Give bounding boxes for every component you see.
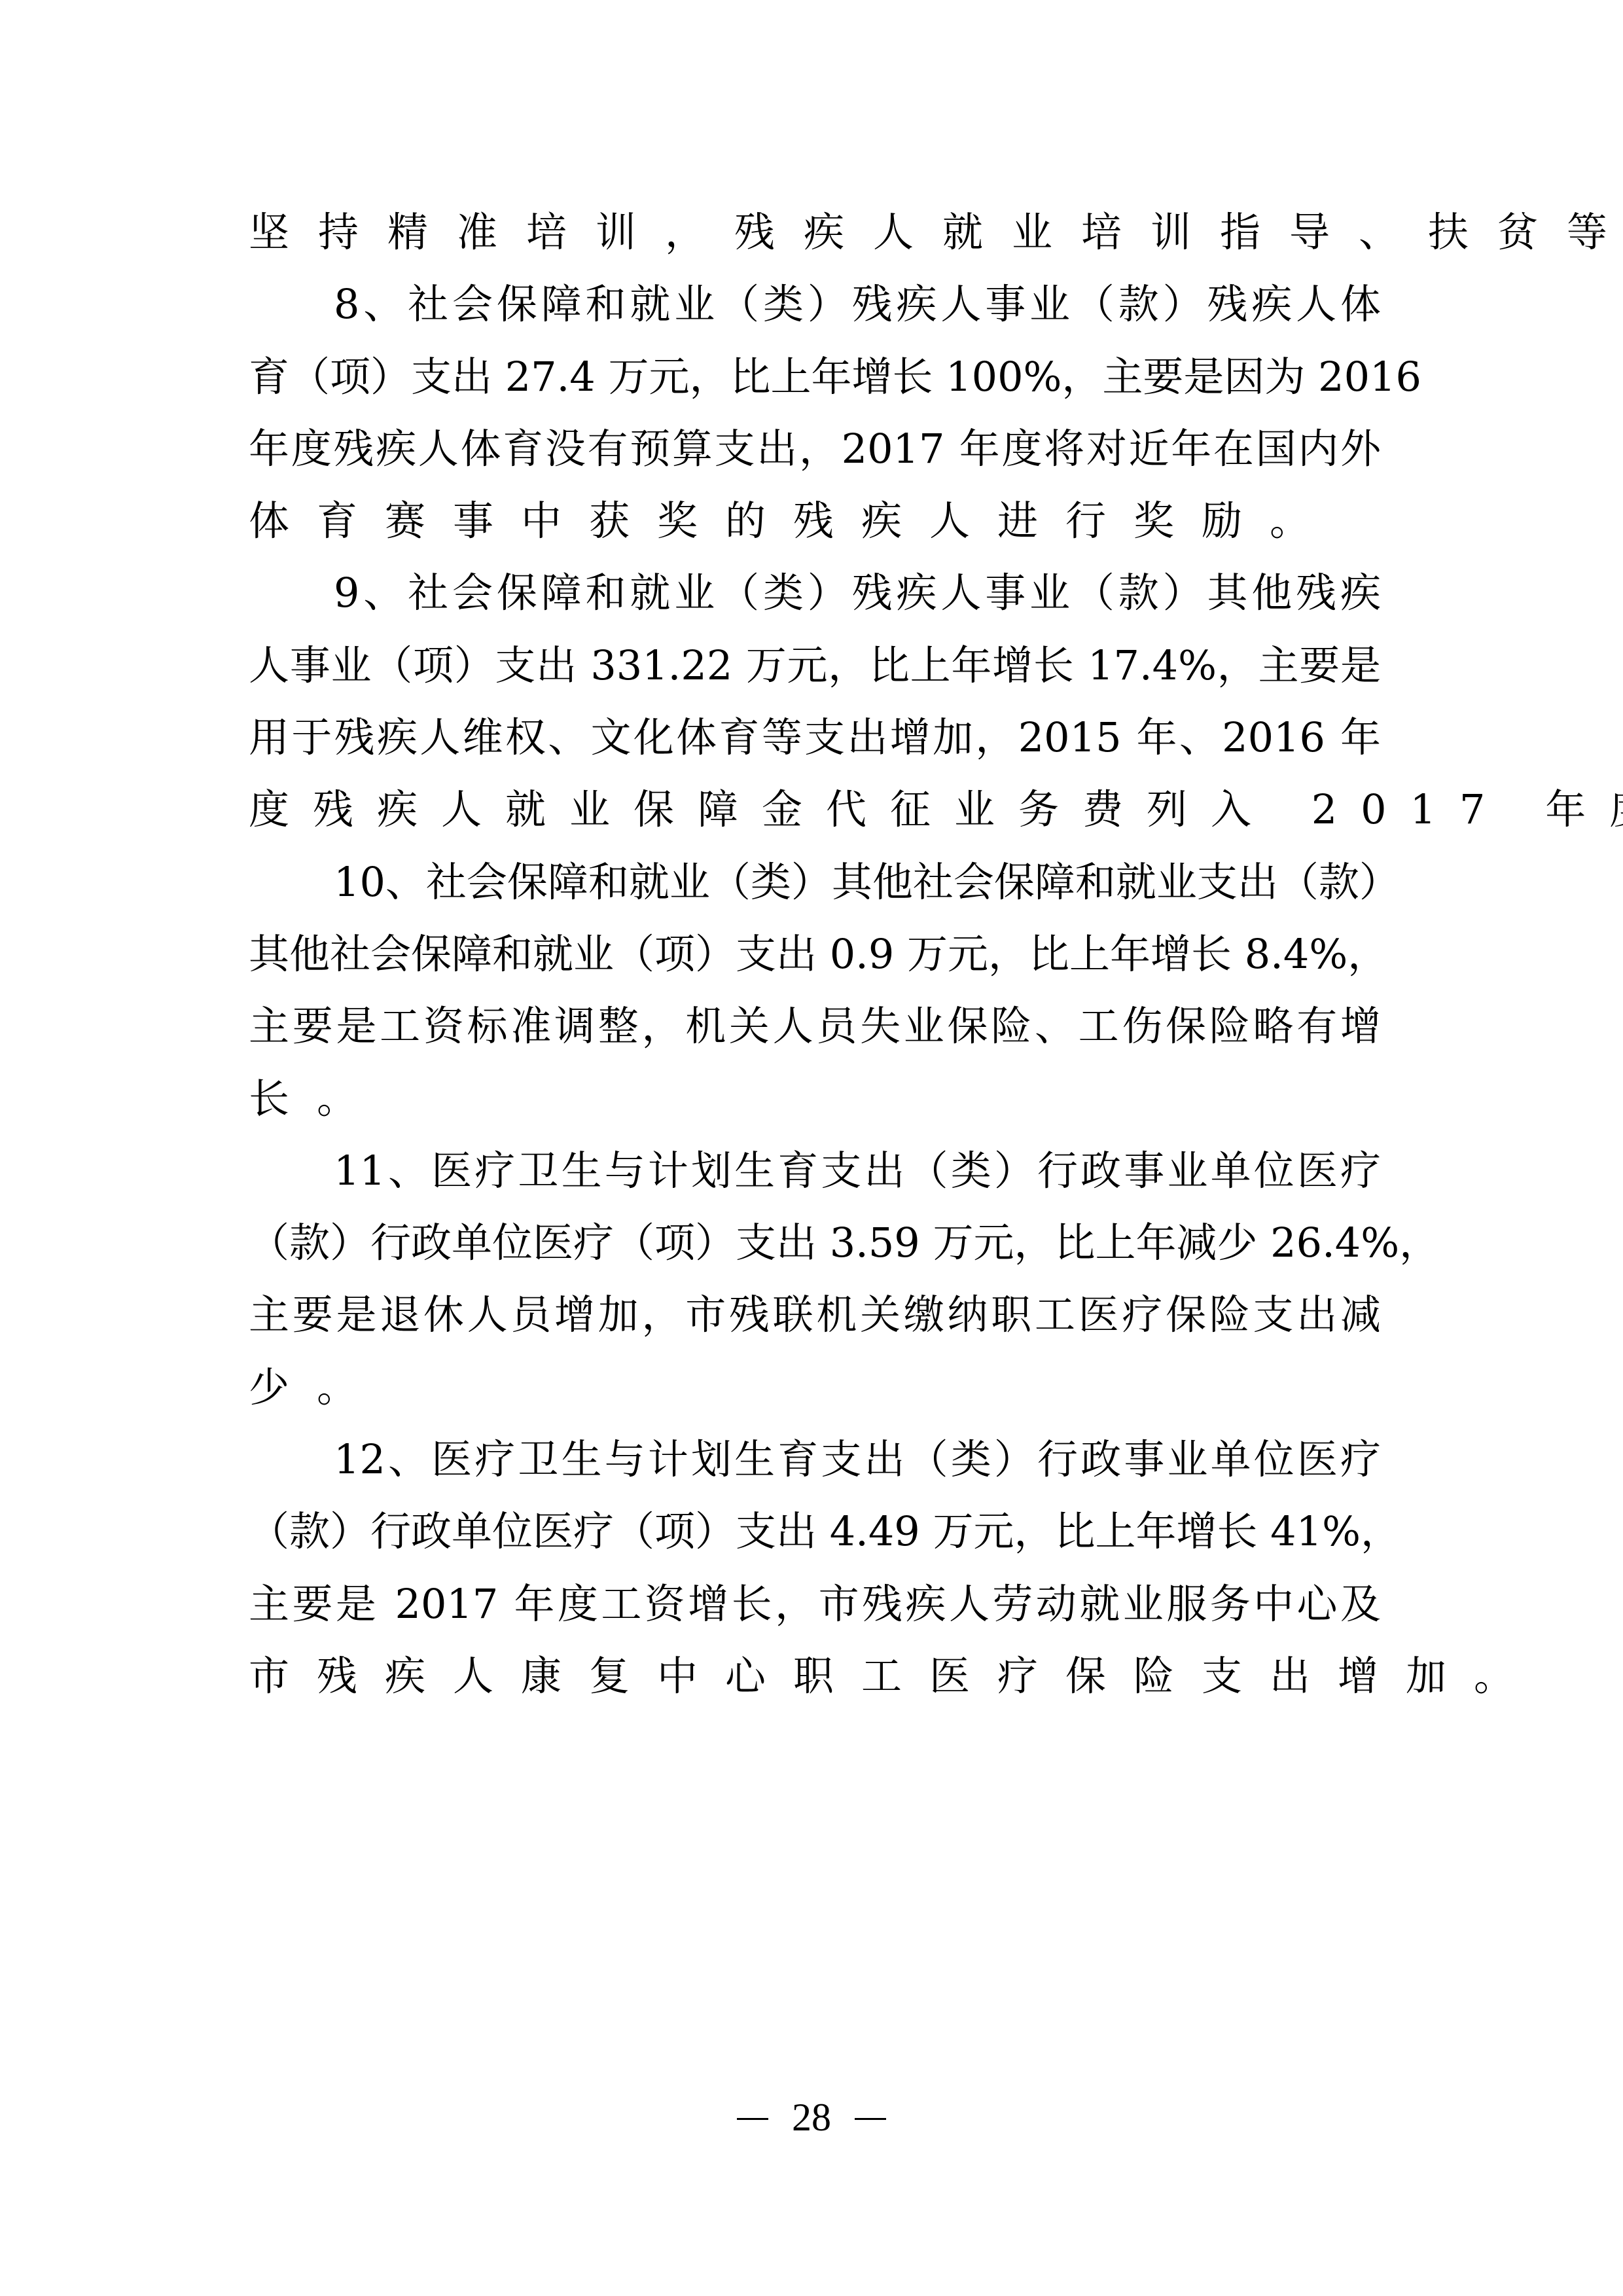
paragraph-11: 11、医疗卫生与计划生育支出（类）行政事业单位医疗 （款）行政单位医疗（项）支出… (249, 1135, 1381, 1424)
text-line: 其他社会保障和就业（项）支出 0.9 万元，比上年增长 8.4%， (249, 918, 1381, 990)
em-dash-left (737, 2118, 768, 2120)
text-line: 主要是工资标准调整，机关人员失业保险、工伤保险略有增 (249, 990, 1381, 1062)
paragraph-8: 8、社会保障和就业（类）残疾人事业（款）残疾人体 育（项）支出 27.4 万元，… (249, 268, 1381, 557)
text-line: 8、社会保障和就业（类）残疾人事业（款）残疾人体 (249, 268, 1381, 340)
page-number: 28 (792, 2096, 831, 2139)
text-line: 主要是退休人员增加，市残联机关缴纳职工医疗保险支出减 (249, 1279, 1381, 1351)
paragraph-7-tail: 坚持精准培训，残疾人就业培训指导、扶贫等支出略微降低。 (249, 196, 1381, 268)
text-line: （款）行政单位医疗（项）支出 3.59 万元，比上年减少 26.4%， (249, 1207, 1381, 1279)
text-line: 度残疾人就业保障金代征业务费列入 2017 年度预算。 (249, 774, 1381, 846)
text-line: 10、社会保障和就业（类）其他社会保障和就业支出（款） (249, 846, 1381, 918)
text-line: 年度残疾人体育没有预算支出，2017 年度将对近年在国内外 (249, 413, 1381, 485)
text-line: 9、社会保障和就业（类）残疾人事业（款）其他残疾 (249, 557, 1381, 629)
body-text: 坚持精准培训，残疾人就业培训指导、扶贫等支出略微降低。 8、社会保障和就业（类）… (249, 196, 1381, 1712)
text-line: 用于残疾人维权、文化体育等支出增加，2015 年、2016 年 (249, 702, 1381, 774)
text-line: 体育赛事中获奖的残疾人进行奖励。 (249, 485, 1381, 557)
page-footer: 28 (0, 2091, 1623, 2144)
em-dash-right (855, 2118, 886, 2120)
text-line: 少。 (249, 1352, 1381, 1424)
text-line: 市残疾人康复中心职工医疗保险支出增加。 (249, 1640, 1381, 1712)
paragraph-12: 12、医疗卫生与计划生育支出（类）行政事业单位医疗 （款）行政单位医疗（项）支出… (249, 1424, 1381, 1712)
document-page: 坚持精准培训，残疾人就业培训指导、扶贫等支出略微降低。 8、社会保障和就业（类）… (0, 0, 1623, 2296)
paragraph-9: 9、社会保障和就业（类）残疾人事业（款）其他残疾 人事业（项）支出 331.22… (249, 557, 1381, 846)
text-line: 12、医疗卫生与计划生育支出（类）行政事业单位医疗 (249, 1424, 1381, 1496)
text-line: 11、医疗卫生与计划生育支出（类）行政事业单位医疗 (249, 1135, 1381, 1207)
text-line: （款）行政单位医疗（项）支出 4.49 万元，比上年增长 41%， (249, 1496, 1381, 1568)
text-line: 人事业（项）支出 331.22 万元，比上年增长 17.4%，主要是 (249, 630, 1381, 702)
text-line: 坚持精准培训，残疾人就业培训指导、扶贫等支出略微降低。 (249, 196, 1381, 268)
text-line: 育（项）支出 27.4 万元，比上年增长 100%，主要是因为 2016 (249, 341, 1381, 413)
paragraph-10: 10、社会保障和就业（类）其他社会保障和就业支出（款） 其他社会保障和就业（项）… (249, 846, 1381, 1135)
text-line: 主要是 2017 年度工资增长，市残疾人劳动就业服务中心及 (249, 1568, 1381, 1640)
text-line: 长。 (249, 1063, 1381, 1135)
